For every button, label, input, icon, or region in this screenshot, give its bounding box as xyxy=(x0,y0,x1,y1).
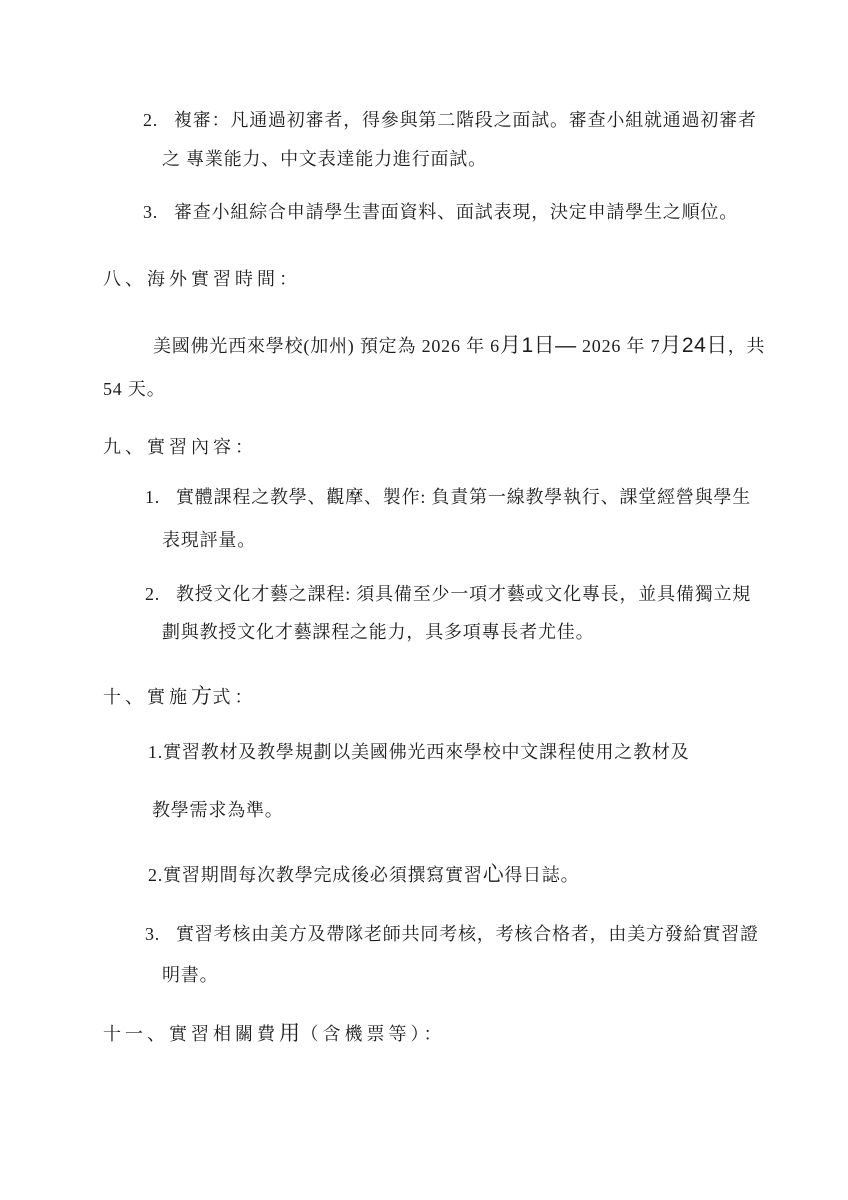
section-10-heading: 十、實施方式： xyxy=(103,684,257,710)
alt-font-char: 心 xyxy=(483,863,505,886)
text-segment: 劃與教授文化才藝課程之能力，具多項專長者尤佳。 xyxy=(162,622,594,642)
text-segment: 2. 複審：凡通過初審者，得參與第二階段之面試。審查小組就通過初審者 xyxy=(143,110,757,130)
text-segment: 3. 審查小組綜合申請學生書面資料、面試表現，決定申請學生之順位。 xyxy=(143,202,738,222)
text-segment: 2.實習期間每次教學完成後必須撰寫實習 xyxy=(148,865,483,885)
text-segment: 明書。 xyxy=(162,965,218,985)
section-10-item-3-line-1: 3. 實習考核由美方及帶隊老師共同考核，考核合格者，由美方發給實習證 xyxy=(145,921,759,947)
alt-font-char: 月24日 xyxy=(660,334,727,357)
text-segment: 1. 實體課程之教學、觀摩、製作: 負責第一線教學執行、課堂經營與學生 xyxy=(145,487,751,507)
text-segment: （含機票等）： xyxy=(301,1024,446,1044)
alt-font-char: 方 xyxy=(191,685,213,708)
section-10-item-3-line-2: 明書。 xyxy=(162,962,218,988)
text-segment: 1.實習教材及教學規劃以美國佛光西來學校中文課程使用之教材及 xyxy=(148,742,690,762)
text-segment: 54 天。 xyxy=(103,379,166,399)
section-10-item-2: 2.實習期間每次教學完成後必須撰寫實習心得日誌。 xyxy=(148,862,579,888)
document-page: 2. 複審：凡通過初審者，得參與第二階段之面試。審查小組就通過初審者之 專業能力… xyxy=(0,0,848,1200)
section-9-heading: 九、實習內容： xyxy=(103,434,257,460)
text-segment: 十、實施 xyxy=(103,687,191,707)
section-11-heading: 十一、實習相關費用（含機票等）： xyxy=(103,1021,446,1047)
alt-font-char: 用 xyxy=(279,1022,301,1045)
text-segment: 美國佛光西來學校(加州) 預定為 2026 年 6 xyxy=(153,336,500,356)
text-segment: 2. 教授文化才藝之課程: 須具備至少一項才藝或文化專長，並具備獨立規 xyxy=(145,584,751,604)
section-10-item-1-line-2: 教學需求為準。 xyxy=(152,797,284,823)
text-segment: 之 專業能力、中文表達能力進行面試。 xyxy=(162,149,487,169)
section-10-item-1-line-1: 1.實習教材及教學規劃以美國佛光西來學校中文課程使用之教材及 xyxy=(148,739,690,765)
text-segment: 表現評量。 xyxy=(162,530,256,550)
text-segment: 2026 年 7 xyxy=(577,336,661,356)
section-8-body-line-1: 美國佛光西來學校(加州) 預定為 2026 年 6月1日— 2026 年 7月2… xyxy=(153,333,765,359)
section-8-heading: 八、海外實習時間： xyxy=(103,266,301,292)
alt-font-char: 月1日— xyxy=(500,334,577,357)
review-item-2-line-1: 2. 複審：凡通過初審者，得參與第二階段之面試。審查小組就通過初審者 xyxy=(143,107,757,133)
section-9-item-1-line-1: 1. 實體課程之教學、觀摩、製作: 負責第一線教學執行、課堂經營與學生 xyxy=(145,484,751,510)
text-segment: ，共 xyxy=(728,336,766,356)
text-segment: 八、海外實習時間： xyxy=(103,269,301,289)
section-9-item-2-line-2: 劃與教授文化才藝課程之能力，具多項專長者尤佳。 xyxy=(162,619,594,645)
text-segment: 式： xyxy=(213,687,257,707)
text-segment: 3. 實習考核由美方及帶隊老師共同考核，考核合格者，由美方發給實習證 xyxy=(145,924,759,944)
review-item-2-line-2: 之 專業能力、中文表達能力進行面試。 xyxy=(162,146,487,172)
text-segment: 得日誌。 xyxy=(504,865,579,885)
text-segment: 九、實習內容： xyxy=(103,437,257,457)
text-segment: 教學需求為準。 xyxy=(152,800,284,820)
section-9-item-2-line-1: 2. 教授文化才藝之課程: 須具備至少一項才藝或文化專長，並具備獨立規 xyxy=(145,581,751,607)
section-8-body-line-2: 54 天。 xyxy=(103,376,166,402)
text-segment: 十一、實習相關費 xyxy=(103,1024,279,1044)
section-9-item-1-line-2: 表現評量。 xyxy=(162,527,256,553)
review-item-3: 3. 審查小組綜合申請學生書面資料、面試表現，決定申請學生之順位。 xyxy=(143,199,738,225)
